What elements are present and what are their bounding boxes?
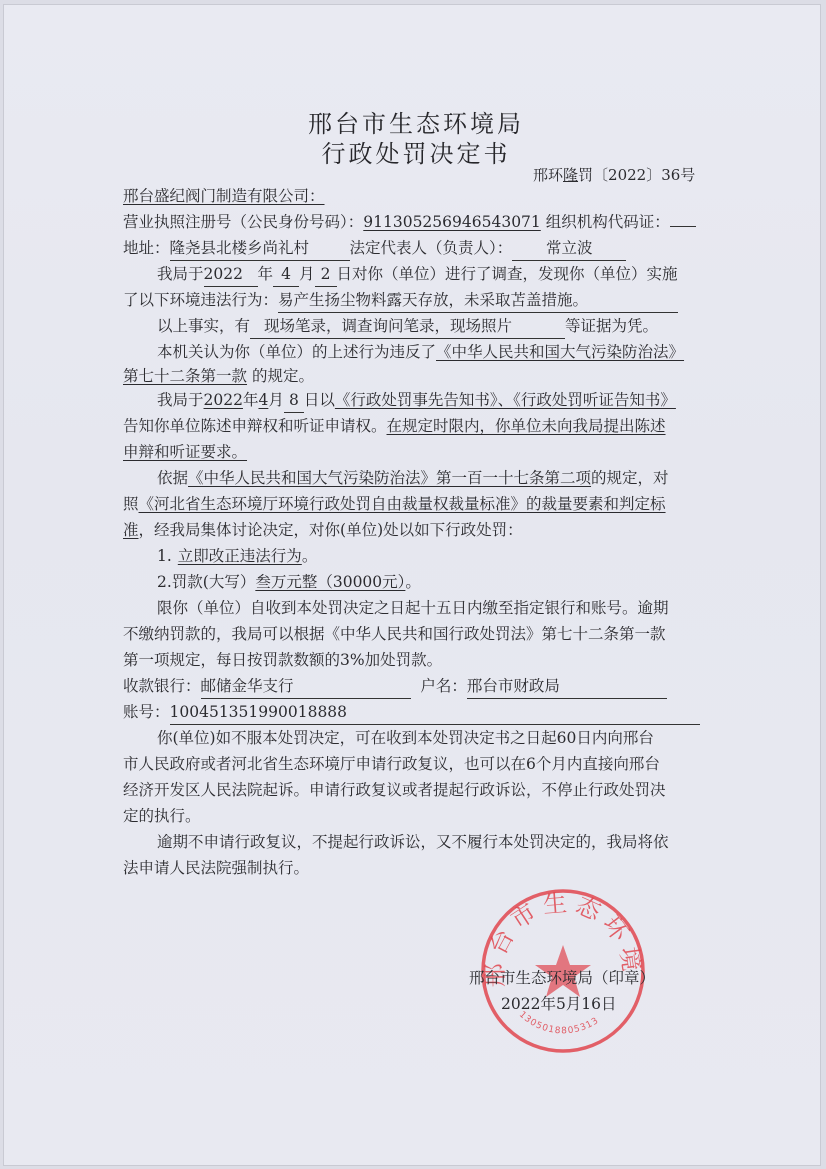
text: 的规定。 — [252, 367, 314, 385]
text: 年 — [258, 265, 274, 283]
para6-line3: 第一项规定，每日按罚款数额的3%加处罚款。 — [123, 648, 442, 672]
penalty-item-1: 1.立即改正违法行为。 — [157, 544, 317, 568]
org-code-label: 组织机构代码证： — [546, 213, 670, 231]
notice-day: 8 — [284, 388, 304, 413]
text: 本机关认为你（单位）的上述行为违反了 — [157, 343, 436, 361]
text: 1. — [157, 547, 172, 565]
text: 月 — [299, 265, 315, 283]
bank-line: 收款银行：邮储金华支行 户名：邢台市财政局 — [123, 674, 667, 699]
inspect-day: 2 — [315, 262, 337, 287]
account-no-value: 100451351990018888 — [170, 700, 700, 725]
text: 依据 — [157, 469, 188, 487]
inspect-year: 2022 — [204, 262, 258, 287]
text: 的规定，对 — [591, 469, 669, 487]
para7-line3: 经济开发区人民法院起诉。申请行政复议或者提起行政诉讼，不停止行政处罚决 — [123, 778, 666, 802]
discretion-standard: 《河北省生态环境厅环境行政处罚自由裁量权裁量标准》 — [139, 495, 527, 513]
text: 等证据为凭。 — [565, 317, 658, 335]
text: ，经我局集体讨论决定，对你(单位)处以如下行政处罚： — [139, 521, 523, 539]
para5-line3: 准，经我局集体讨论决定，对你(单位)处以如下行政处罚： — [123, 518, 523, 542]
text: 了以下环境违法行为： — [123, 291, 278, 309]
para8-line2: 法申请人民法院强制执行。 — [123, 856, 309, 880]
rep-value: 常立波 — [512, 236, 626, 261]
text: 。 — [405, 573, 421, 591]
bank-value: 邮储金华支行 — [201, 674, 411, 699]
notice-year: 2022 — [204, 391, 243, 409]
party-name-line: 邢台盛纪阀门制造有限公司： — [123, 184, 325, 208]
penalty-basis-law: 《中华人民共和国大气污染防治法》第一百一十七条第二项 — [188, 469, 591, 487]
text: 日以 — [304, 391, 335, 409]
bank-label: 收款银行： — [123, 677, 201, 695]
para1-line1: 我局于2022年4月2日对你（单位）进行了调查，发现你（单位）实施 — [157, 262, 678, 287]
party-name: 邢台盛纪阀门制造有限公司： — [123, 187, 325, 205]
para4-line3: 申辩和听证要求。 — [123, 440, 247, 464]
document-number: 邢环隆罚〔2022〕36号 — [533, 164, 695, 185]
para3-line1: 本机关认为你（单位）的上述行为违反了《中华人民共和国大气污染防治法》 — [157, 340, 684, 364]
violation-text: 易产生扬尘物料露天存放，未采取苫盖措施。 — [278, 288, 678, 313]
para4-line2: 告知你单位陈述申辩权和听证申请权。在规定时限内，你单位未向我局提出陈述 — [123, 414, 666, 438]
license-line: 营业执照注册号（公民身份号码）：911305256946543071 组织机构代… — [123, 210, 696, 234]
docno-mid: 隆 — [563, 166, 578, 184]
para5-line2: 照《河北省生态环境厅环境行政处罚自由裁量权裁量标准》的裁量要素和判定标 — [123, 492, 666, 516]
address-label: 地址： — [123, 239, 170, 257]
document-page: 邢台市生态环境局 行政处罚决定书 邢环隆罚〔2022〕36号 邢台盛纪阀门制造有… — [3, 4, 821, 1166]
para7-line1: 你(单位)如不服本处罚决定，可在收到本处罚决定书之日起60日内向邢台 — [157, 726, 654, 750]
license-number: 911305256946543071 — [363, 213, 541, 231]
docno-suffix: 罚〔2022〕36号 — [578, 166, 695, 184]
issuer-signature: 邢台市生态环境局（印章） — [469, 966, 655, 988]
text: 照 — [123, 495, 139, 513]
document-type-title: 行政处罚决定书 — [3, 134, 826, 169]
para4-line1: 我局于2022年4月8日以《行政处罚事先告知书》、《行政处罚听证告知书》 — [157, 388, 676, 413]
address-line: 地址：隆尧县北楼乡尚礼村法定代表人（负责人）：常立波 — [123, 236, 626, 261]
text: 日对你（单位）进行了调查，发现你（单位）实施 — [337, 265, 678, 283]
text: 我局于 — [157, 391, 204, 409]
no-response-statement: 在规定时限内，你单位未向我局提出陈述 — [387, 417, 666, 435]
para1-line2: 了以下环境违法行为：易产生扬尘物料露天存放，未采取苫盖措施。 — [123, 288, 678, 313]
para7-line2: 市人民政府或者河北省生态环境厅申请行政复议，也可以在6个月内直接向邢台 — [123, 752, 660, 776]
text: 月 — [268, 391, 284, 409]
penalty-1-text: 立即改正违法行为 — [172, 547, 302, 565]
penalty-item-2: 2.罚款(大写）叁万元整（30000元）。 — [157, 570, 421, 594]
issue-date: 2022年5月16日 — [501, 992, 617, 1014]
text: 2.罚款(大写） — [157, 573, 255, 591]
para6-line2: 不缴纳罚款的，我局可以根据《中华人民共和国行政处罚法》第七十二条第一款 — [123, 622, 666, 646]
inspect-month: 4 — [273, 262, 299, 287]
violated-article: 第七十二条第一款 — [123, 367, 247, 385]
account-line: 账号：100451351990018888 — [123, 700, 700, 725]
evidence-text: 现场笔录，调查询问笔录，现场照片 — [250, 314, 565, 339]
text: 我局于 — [157, 265, 204, 283]
address-value: 隆尧县北楼乡尚礼村 — [170, 236, 350, 261]
notice-month: 4 — [258, 391, 268, 409]
text: 。 — [302, 547, 318, 565]
text: 年 — [243, 391, 259, 409]
violated-law: 《中华人民共和国大气污染防治法》 — [436, 343, 684, 361]
notice-docs: 《行政处罚事先告知书》、《行政处罚听证告知书》 — [335, 391, 676, 409]
org-code-value — [670, 212, 696, 227]
text: 告知你单位陈述申辩权和听证申请权。 — [123, 417, 387, 435]
para3-line2: 第七十二条第一款 的规定。 — [123, 364, 314, 388]
para8-line1: 逾期不申请行政复议，不提起行政诉讼，又不履行本处罚决定的，我局将依 — [157, 830, 669, 854]
docno-prefix: 邢环 — [533, 166, 563, 184]
rep-label: 法定代表人（负责人）： — [350, 239, 513, 257]
text: 准 — [123, 521, 139, 539]
no-response-statement-cont: 申辩和听证要求。 — [123, 443, 247, 461]
para5-line1: 依据《中华人民共和国大气污染防治法》第一百一十七条第二项的规定，对 — [157, 466, 669, 490]
para6-line1: 限你（单位）自收到本处罚决定之日起十五日内缴至指定银行和账号。逾期 — [157, 596, 669, 620]
account-name-value: 邢台市财政局 — [467, 674, 667, 699]
account-no-label: 账号： — [123, 703, 170, 721]
text: 以上事实，有 — [157, 317, 250, 335]
license-label: 营业执照注册号（公民身份号码）： — [123, 213, 363, 231]
para2: 以上事实，有现场笔录，调查询问笔录，现场照片等证据为凭。 — [157, 314, 658, 339]
text: 的裁量要素和判定标 — [526, 495, 666, 513]
fine-amount: 叁万元整（30000元） — [255, 573, 405, 591]
para7-line4: 定的执行。 — [123, 804, 201, 828]
account-name-label: 户名： — [420, 677, 467, 695]
